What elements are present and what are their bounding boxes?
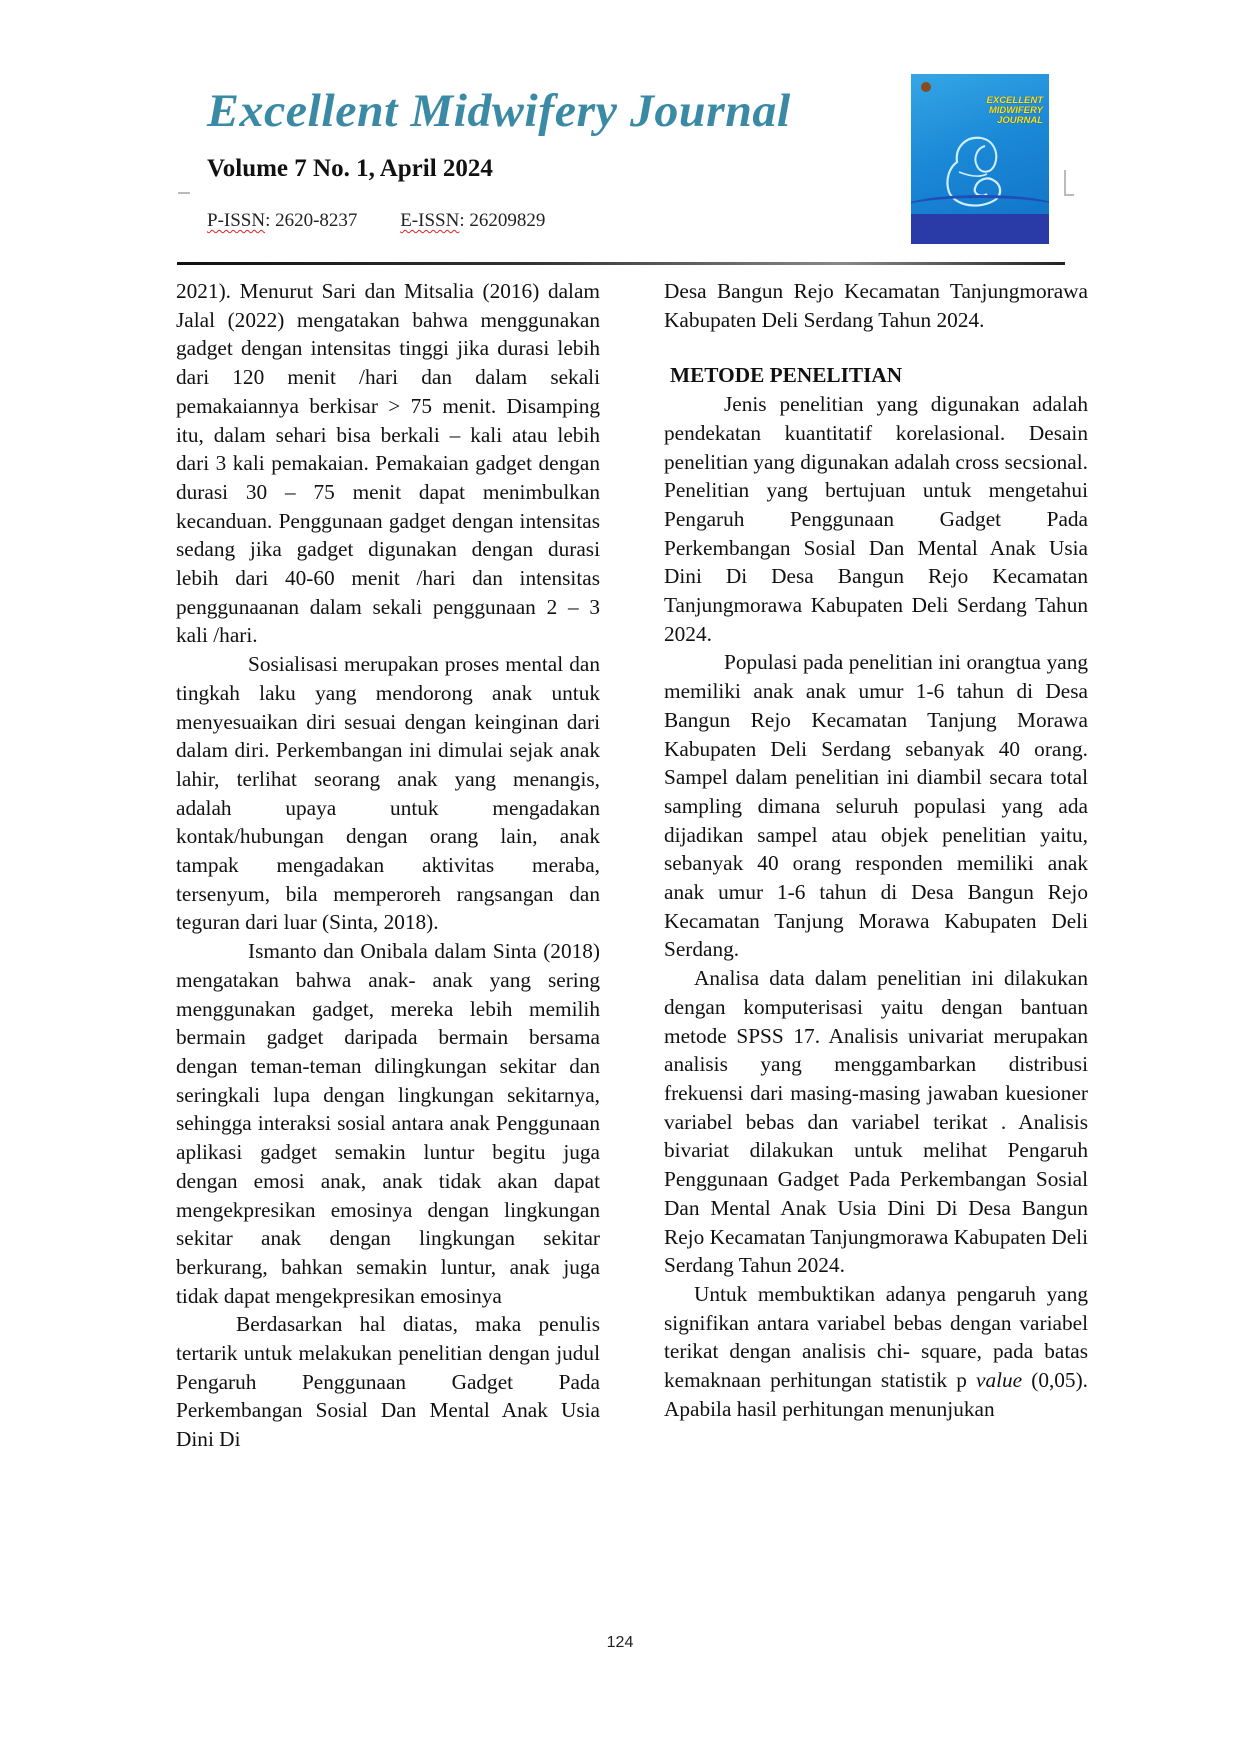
cover-footer-band: [911, 214, 1049, 244]
issn-row: P-ISSN: 2620-8237 E-ISSN: 26209829: [207, 210, 583, 232]
decorative-tick: [1064, 170, 1066, 196]
body-paragraph: Sosialisasi merupakan proses mental dan …: [176, 650, 600, 937]
volume-issue: Volume 7 No. 1, April 2024: [207, 155, 493, 183]
e-issn-label: E-ISSN: [400, 210, 459, 231]
page-number: 124: [0, 1634, 1240, 1652]
body-paragraph: Populasi pada penelitian ini orangtua ya…: [664, 648, 1088, 964]
body-paragraph: Desa Bangun Rejo Kecamatan Tanjungmorawa…: [664, 277, 1088, 334]
e-issn-value: : 26209829: [459, 210, 545, 231]
left-column: 2021). Menurut Sari dan Mitsalia (2016) …: [176, 277, 600, 1454]
body-paragraph: 2021). Menurut Sari dan Mitsalia (2016) …: [176, 277, 600, 650]
right-column: Desa Bangun Rejo Kecamatan Tanjungmorawa…: [664, 277, 1088, 1423]
italic-term: value: [976, 1368, 1022, 1392]
cover-title-line: JOURNAL: [957, 116, 1043, 126]
body-paragraph: Jenis penelitian yang digunakan adalah p…: [664, 390, 1088, 648]
decorative-tick: [178, 192, 190, 194]
e-issn: E-ISSN: 26209829: [400, 210, 545, 232]
journal-header: Excellent Midwifery Journal Volume 7 No.…: [0, 0, 1240, 270]
journal-title: Excellent Midwifery Journal: [207, 84, 791, 138]
body-paragraph: Ismanto dan Onibala dalam Sinta (2018) m…: [176, 937, 600, 1310]
p-issn-value: : 2620-8237: [265, 210, 357, 231]
institution-logo-icon: [921, 82, 931, 92]
section-heading: METODE PENELITIAN: [670, 361, 1088, 390]
cover-title: EXCELLENT MIDWIFERY JOURNAL: [957, 96, 1043, 126]
journal-cover-image: EXCELLENT MIDWIFERY JOURNAL: [911, 74, 1049, 244]
body-paragraph: Analisa data dalam penelitian ini dilaku…: [664, 964, 1088, 1280]
body-paragraph: Berdasarkan hal diatas, maka penulis ter…: [176, 1310, 600, 1454]
body-paragraph: Untuk membuktikan adanya pengaruh yang s…: [664, 1280, 1088, 1424]
p-issn-label: P-ISSN: [207, 210, 265, 231]
header-divider: [177, 262, 1065, 265]
p-issn: P-ISSN: 2620-8237: [207, 210, 357, 232]
